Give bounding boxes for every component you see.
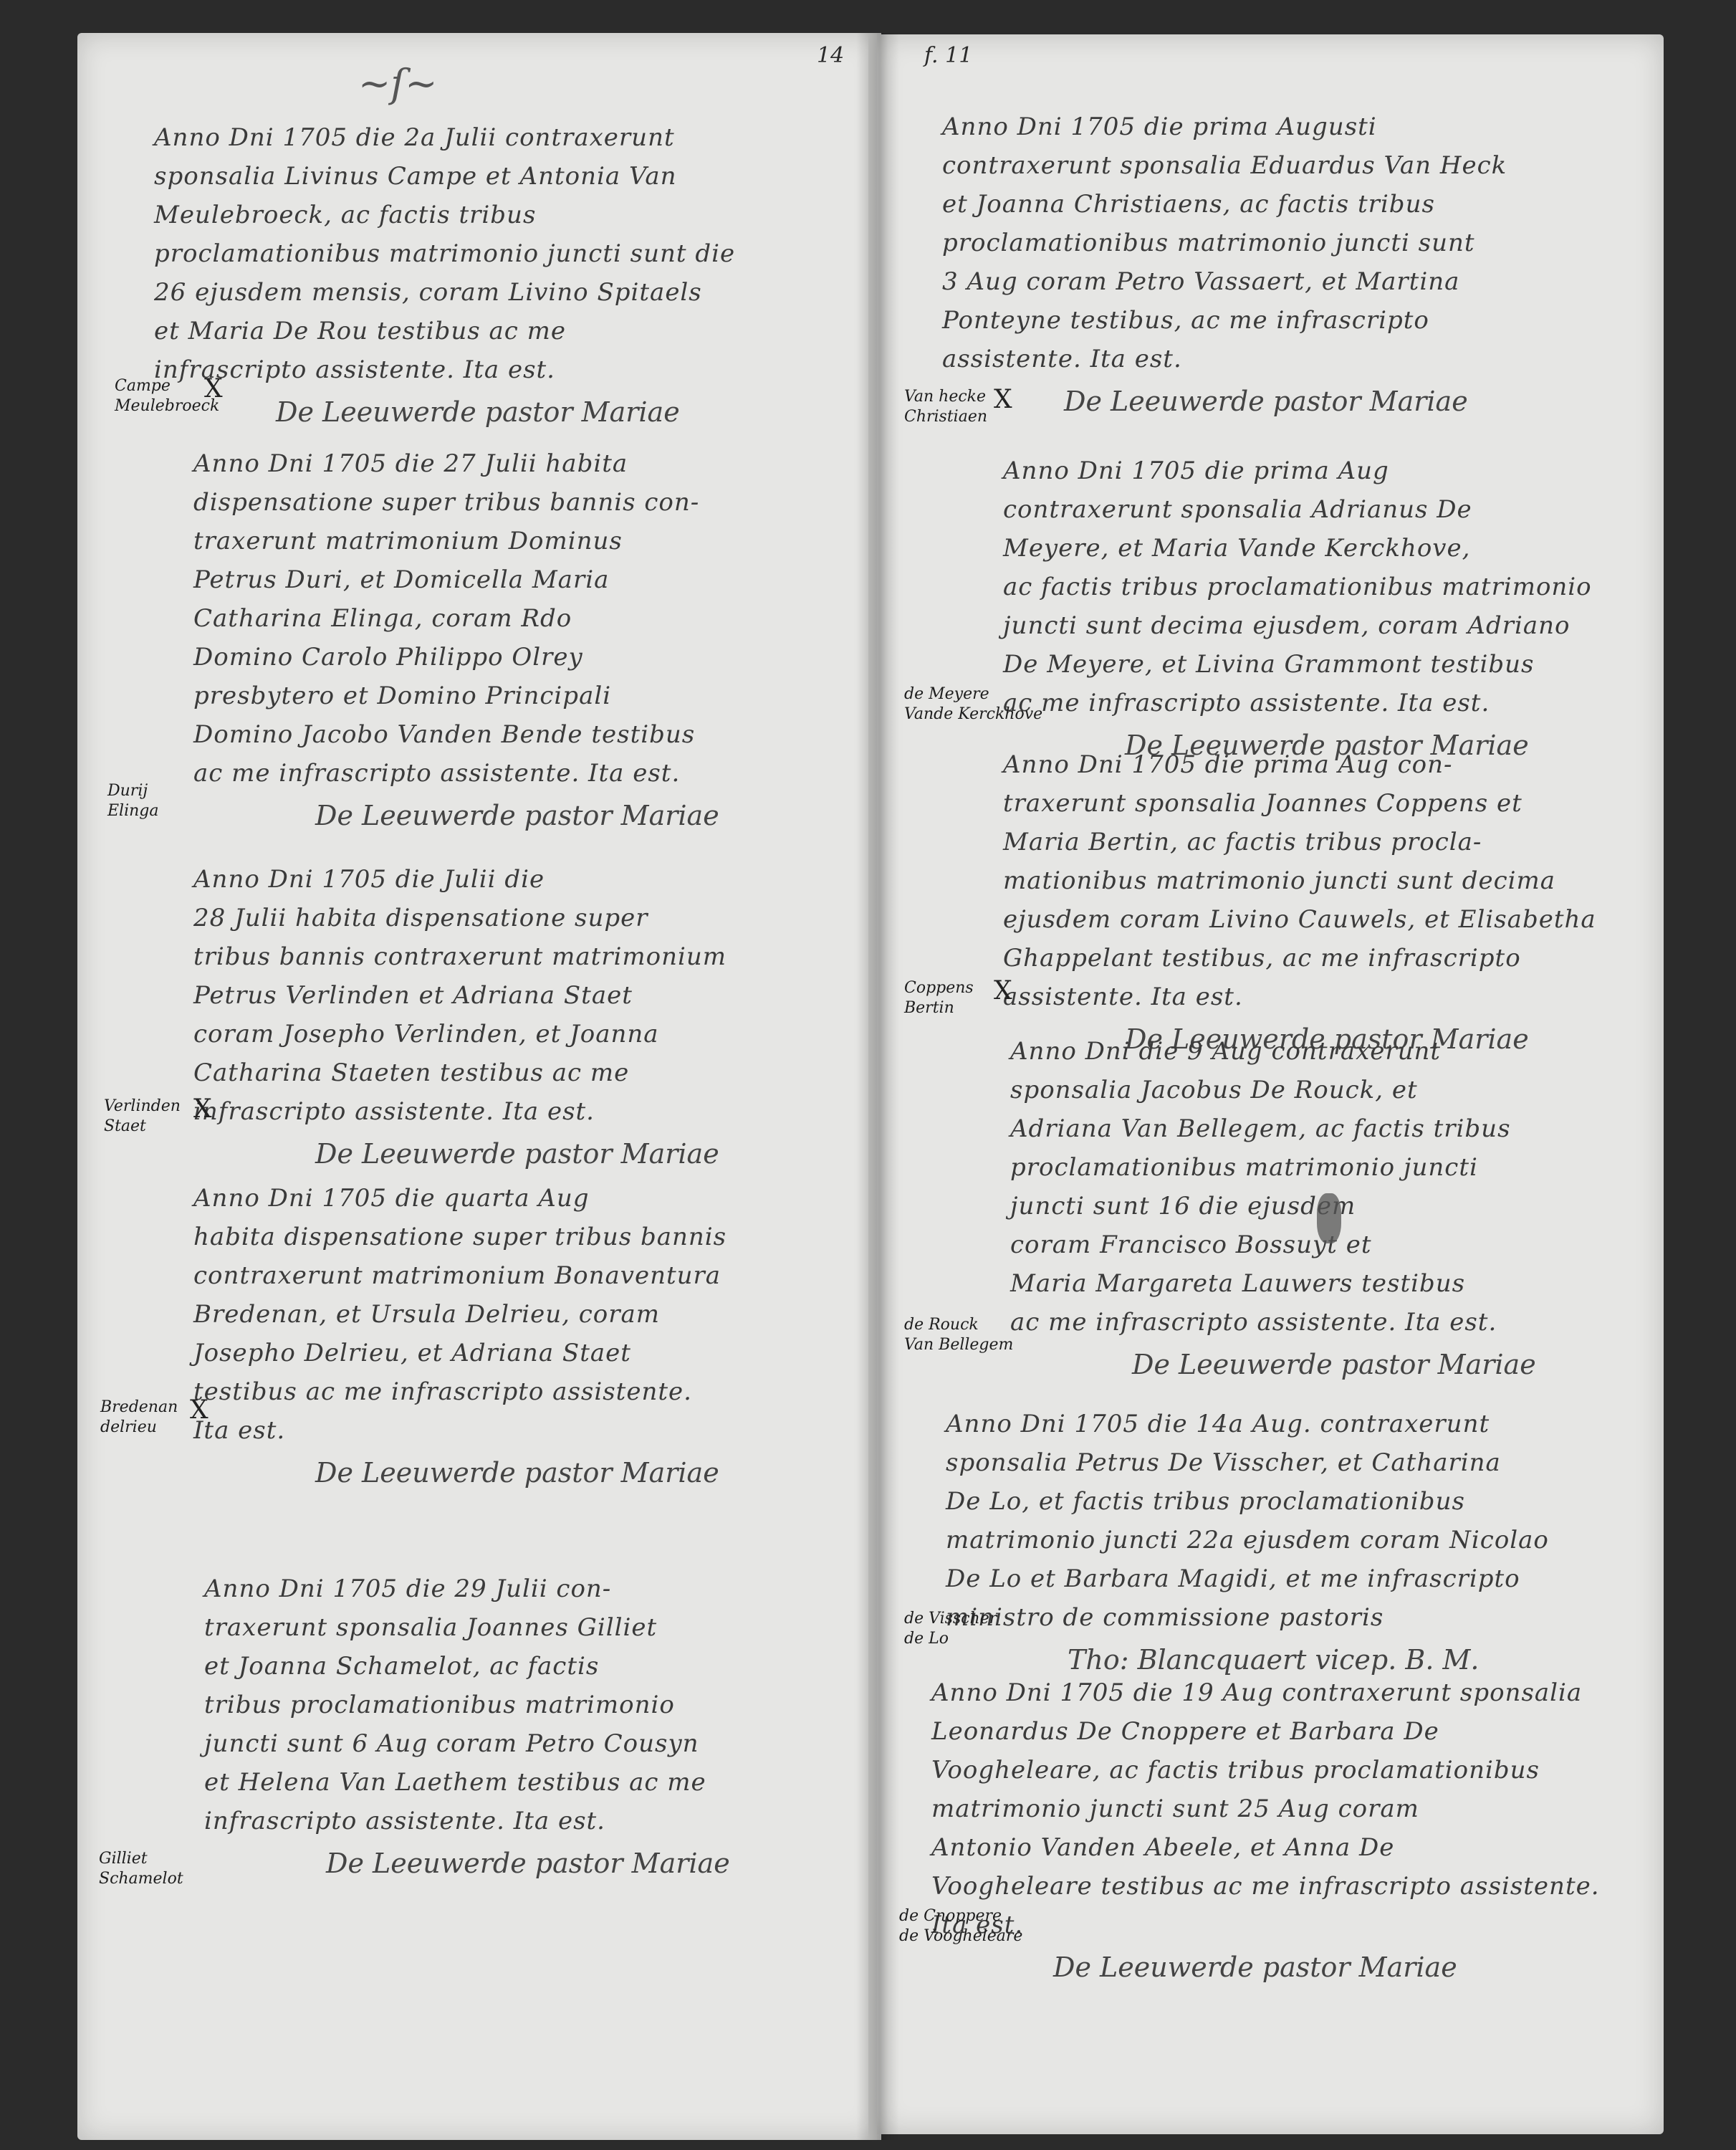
margin-name: Coppens <box>904 978 974 998</box>
register-entry: Anno Dni 1705 die quarta Aug habita disp… <box>193 1179 726 1496</box>
margin-name: Christiaen <box>904 407 987 427</box>
margin-surnames: Bredenan delrieu X <box>100 1397 178 1438</box>
margin-surnames: Van hecke Christiaen X <box>904 387 987 427</box>
entry-line: Ponteyne testibus, ac me infrascripto <box>942 301 1507 340</box>
entry-line: 3 Aug coram Petro Vassaert, et Martina <box>942 262 1507 301</box>
pastor-signature: De Leeuwerde pastor Mariae <box>1010 1342 1536 1387</box>
entry-line: Anno Dni 1705 die 2a Julii contraxerunt <box>154 118 735 157</box>
entry-line: et Maria De Rou testibus ac me <box>154 312 735 350</box>
cross-mark: X <box>190 1400 208 1420</box>
register-spread: ~ſ~ 14 f. 11 Anno Dni 1705 die 2a Julii … <box>0 0 1736 2150</box>
cross-mark: X <box>204 379 223 399</box>
margin-name: Elinga <box>107 801 159 821</box>
entry-line: mationibus matrimonio juncti sunt decima <box>1003 861 1596 900</box>
entry-line: et Joanna Schamelot, ac factis <box>204 1647 730 1686</box>
entry-line: tribus bannis contraxerunt matrimonium <box>193 937 726 976</box>
entry-line: Meulebroeck, ac factis tribus <box>154 196 735 234</box>
entry-line: Anno Dni 1705 die 14a Aug. contraxerunt <box>946 1405 1549 1443</box>
entry-line: Bredenan, et Ursula Delrieu, coram <box>193 1295 726 1334</box>
entry-line: ac me infrascripto assistente. Ita est. <box>1003 684 1592 722</box>
entry-line: Catharina Staeten testibus ac me <box>193 1053 726 1092</box>
entry-line: ac factis tribus proclamationibus matrim… <box>1003 568 1592 606</box>
register-entry: Anno Dni 1705 die 14a Aug. contraxerunt … <box>946 1405 1549 1683</box>
entry-line: habita dispensatione super tribus bannis <box>193 1218 726 1256</box>
binding-gutter <box>856 33 899 2140</box>
folio-number-right: f. 11 <box>924 43 972 68</box>
register-entry: Anno Dni 1705 die prima Augusti contraxe… <box>942 107 1507 424</box>
margin-surnames: de Rouck Van Bellegem <box>904 1315 1013 1355</box>
margin-surnames: de Cnoppere de Voogheleare <box>899 1906 1022 1946</box>
margin-name: Verlinden <box>104 1096 181 1117</box>
margin-name: Bredenan <box>100 1397 178 1418</box>
entry-line: De Meyere, et Livina Grammont testibus <box>1003 645 1592 684</box>
margin-surnames: de Meyere Vande Kerckhove <box>904 684 1042 725</box>
entry-line: et Joanna Christiaens, ac factis tribus <box>942 185 1507 224</box>
entry-line: Ita est. <box>931 1906 1600 1944</box>
entry-line: assistente. Ita est. <box>1003 978 1596 1016</box>
header-flourish: ~ſ~ <box>358 61 437 106</box>
margin-name: de Rouck <box>904 1315 1013 1335</box>
register-entry: Anno Dni 1705 die 19 Aug contraxerunt sp… <box>931 1673 1600 1990</box>
margin-name: de Visscher <box>904 1609 997 1629</box>
margin-name: delrieu <box>100 1418 178 1438</box>
entry-line: matrimonio juncti sunt 25 Aug coram <box>931 1790 1600 1828</box>
entry-line: traxerunt sponsalia Joannes Gilliet <box>204 1608 730 1647</box>
entry-line: ac me infrascripto assistente. Ita est. <box>193 754 719 793</box>
entry-line: Anno Dni 1705 die 19 Aug contraxerunt sp… <box>931 1673 1600 1712</box>
pastor-signature: De Leeuwerde pastor Mariae <box>193 793 719 838</box>
entry-line: Anno Dni 1705 die quarta Aug <box>193 1179 726 1218</box>
entry-line: coram Josepho Verlinden, et Joanna <box>193 1015 726 1053</box>
entry-line: infrascripto assistente. Ita est. <box>193 1092 726 1131</box>
entry-line: Josepho Delrieu, et Adriana Staet <box>193 1334 726 1372</box>
register-entry: Anno Dni 1705 die prima Aug con- traxeru… <box>1003 745 1596 1062</box>
margin-name: Schamelot <box>99 1869 183 1889</box>
cross-mark: X <box>994 981 1012 1001</box>
pastor-signature: De Leeuwerde pastor Mariae <box>942 378 1507 424</box>
entry-line: coram Francisco Bossuyt et <box>1010 1225 1536 1264</box>
entry-line: Ghappelant testibus, ac me infrascripto <box>1003 939 1596 978</box>
entry-line: De Lo, et factis tribus proclamationibus <box>946 1482 1549 1521</box>
pastor-signature: De Leeuwerde pastor Mariae <box>193 1131 726 1177</box>
entry-line: contraxerunt matrimonium Bonaventura <box>193 1256 726 1295</box>
entry-line: Leonardus De Cnoppere et Barbara De <box>931 1712 1600 1751</box>
entry-line: Anno Dni 1705 die Julii die <box>193 860 726 899</box>
margin-surnames: Coppens Bertin X <box>904 978 974 1018</box>
entry-line: juncti sunt 16 die ejusdem <box>1010 1187 1536 1225</box>
margin-name: Durij <box>107 781 159 801</box>
entry-line: Maria Bertin, ac factis tribus procla- <box>1003 823 1596 861</box>
margin-name: Van Bellegem <box>904 1335 1013 1355</box>
entry-line: assistente. Ita est. <box>942 340 1507 378</box>
entry-line: contraxerunt sponsalia Eduardus Van Heck <box>942 146 1507 185</box>
entry-line: Domino Jacobo Vanden Bende testibus <box>193 715 719 754</box>
pastor-signature: De Leeuwerde pastor Mariae <box>193 1450 726 1496</box>
entry-line: tribus proclamationibus matrimonio <box>204 1686 730 1724</box>
entry-line: presbytero et Domino Principali <box>193 677 719 715</box>
entry-line: Meyere, et Maria Vande Kerckhove, <box>1003 529 1592 568</box>
entry-line: Petrus Verlinden et Adriana Staet <box>193 976 726 1015</box>
entry-line: proclamationibus matrimonio juncti sunt … <box>154 234 735 273</box>
entry-line: traxerunt matrimonium Dominus <box>193 522 719 560</box>
margin-name: Gilliet <box>99 1849 183 1869</box>
entry-line: Ita est. <box>193 1411 726 1450</box>
entry-line: contraxerunt sponsalia Adrianus De <box>1003 490 1592 529</box>
margin-surnames: Campe Meulebroeck X <box>115 376 219 416</box>
margin-name: Van hecke <box>904 387 987 407</box>
entry-line: Petrus Duri, et Domicella Maria <box>193 560 719 599</box>
entry-line: Anno Dni 1705 die 29 Julii con- <box>204 1569 730 1608</box>
entry-line: Voogheleare, ac factis tribus proclamati… <box>931 1751 1600 1790</box>
margin-name: Bertin <box>904 998 974 1018</box>
entry-line: Domino Carolo Philippo Olrey <box>193 638 719 677</box>
entry-line: Antonio Vanden Abeele, et Anna De <box>931 1828 1600 1867</box>
entry-line: traxerunt sponsalia Joannes Coppens et <box>1003 784 1596 823</box>
entry-line: De Lo et Barbara Magidi, et me infrascri… <box>946 1559 1549 1598</box>
margin-surnames: Durij Elinga <box>107 781 159 821</box>
margin-name: Staet <box>104 1117 181 1137</box>
entry-line: sponsalia Petrus De Visscher, et Cathari… <box>946 1443 1549 1482</box>
entry-line: Anno Dni 1705 die prima Augusti <box>942 107 1507 146</box>
entry-line: 28 Julii habita dispensatione super <box>193 899 726 937</box>
margin-surnames: Verlinden Staet X <box>104 1096 181 1137</box>
entry-line: matrimonio juncti 22a ejusdem coram Nico… <box>946 1521 1549 1559</box>
entry-line: ejusdem coram Livino Cauwels, et Elisabe… <box>1003 900 1596 939</box>
entry-line: 26 ejusdem mensis, coram Livino Spitaels <box>154 273 735 312</box>
register-entry: Anno Dni 1705 die 2a Julii contraxerunt … <box>154 118 735 435</box>
entry-line: Voogheleare testibus ac me infrascripto … <box>931 1867 1600 1906</box>
entry-line: juncti sunt 6 Aug coram Petro Cousyn <box>204 1724 730 1763</box>
entry-line: ac me infrascripto assistente. Ita est. <box>1010 1303 1536 1342</box>
entry-line: dispensatione super tribus bannis con- <box>193 483 719 522</box>
entry-line: et Helena Van Laethem testibus ac me <box>204 1763 730 1802</box>
entry-line: sponsalia Livinus Campe et Antonia Van <box>154 157 735 196</box>
register-entry: Anno Dni 1705 die Julii die 28 Julii hab… <box>193 860 726 1177</box>
register-entry: Anno Dni 1705 die 29 Julii con- traxerun… <box>204 1569 730 1886</box>
margin-surnames: Gilliet Schamelot <box>99 1849 183 1889</box>
entry-line: ministro de commissione pastoris <box>946 1598 1549 1637</box>
entry-line: Anno Dni 1705 die prima Aug con- <box>1003 745 1596 784</box>
entry-line: Catharina Elinga, coram Rdo <box>193 599 719 638</box>
entry-line: testibus ac me infrascripto assistente. <box>193 1372 726 1411</box>
cross-mark: X <box>193 1099 212 1119</box>
folio-number-left: 14 <box>817 43 844 68</box>
pastor-signature: De Leeuwerde pastor Mariae <box>931 1944 1600 1990</box>
register-entry: Anno Dni 1705 die prima Aug contraxerunt… <box>1003 451 1592 768</box>
entry-line: Anno Dni die 9 Aug contraxerunt <box>1010 1032 1536 1071</box>
entry-line: Maria Margareta Lauwers testibus <box>1010 1264 1536 1303</box>
entry-line: proclamationibus matrimonio juncti sunt <box>942 224 1507 262</box>
entry-line: infrascripto assistente. Ita est. <box>204 1802 730 1840</box>
pastor-signature: De Leeuwerde pastor Mariae <box>154 389 735 435</box>
entry-line: Anno Dni 1705 die 27 Julii habita <box>193 444 719 483</box>
cross-mark: X <box>994 390 1012 410</box>
entry-line: sponsalia Jacobus De Rouck, et <box>1010 1071 1536 1109</box>
margin-surnames: de Visscher de Lo <box>904 1609 997 1649</box>
entry-line: juncti sunt decima ejusdem, coram Adrian… <box>1003 606 1592 645</box>
margin-name: de Voogheleare <box>899 1926 1022 1946</box>
margin-name: de Cnoppere <box>899 1906 1022 1926</box>
entry-line: infrascripto assistente. Ita est. <box>154 350 735 389</box>
entry-line: proclamationibus matrimonio juncti <box>1010 1148 1536 1187</box>
entry-line: Adriana Van Bellegem, ac factis tribus <box>1010 1109 1536 1148</box>
margin-name: de Lo <box>904 1629 997 1649</box>
ink-stain <box>1317 1193 1341 1243</box>
margin-name: Vande Kerckhove <box>904 704 1042 725</box>
register-entry: Anno Dni 1705 die 27 Julii habita dispen… <box>193 444 719 838</box>
register-entry: Anno Dni die 9 Aug contraxerunt sponsali… <box>1010 1032 1536 1387</box>
pastor-signature: De Leeuwerde pastor Mariae <box>204 1840 730 1886</box>
entry-line: Anno Dni 1705 die prima Aug <box>1003 451 1592 490</box>
margin-name: de Meyere <box>904 684 1042 704</box>
